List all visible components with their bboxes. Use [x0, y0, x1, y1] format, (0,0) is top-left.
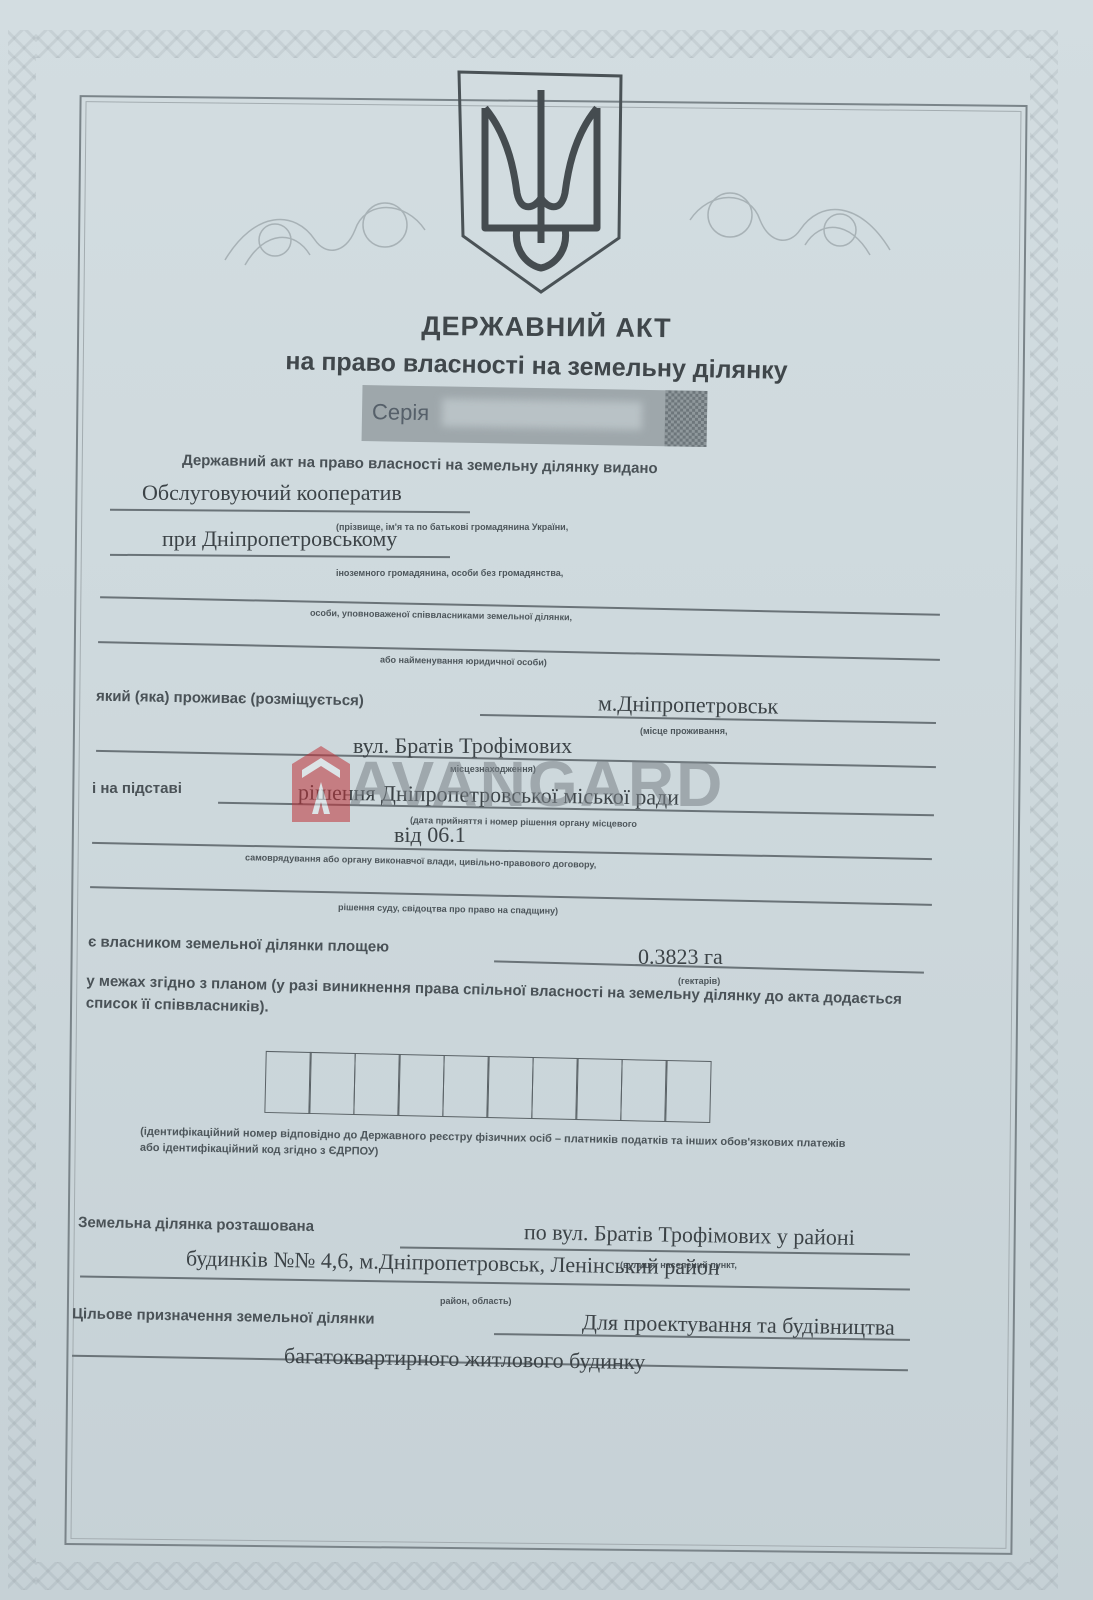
owner-line-1: Обслуговуючий кооператив	[142, 480, 402, 506]
residence-hint-2: місцезнаходження)	[450, 764, 536, 774]
id-digit-box	[264, 1051, 311, 1114]
purpose-line-1: Для проектування та будівництва	[582, 1309, 895, 1340]
tryzub-coat-of-arms-icon	[455, 68, 625, 296]
id-digit-box	[397, 1054, 444, 1117]
basis-label: і на підставі	[92, 780, 182, 797]
id-digit-box	[353, 1053, 400, 1116]
basis-date: від 06.1	[394, 822, 466, 848]
area-value: 0.3823 га	[638, 944, 723, 970]
residence-street: вул. Братів Трофімових	[353, 733, 572, 759]
residence-city: м.Дніпропетровськ	[598, 690, 779, 719]
id-digit-box	[575, 1058, 622, 1121]
owner-line-2: при Дніпропетровському	[162, 526, 397, 552]
id-digit-box	[664, 1060, 711, 1123]
series-label: Серія	[372, 399, 430, 426]
series-field: Серія	[362, 385, 708, 447]
id-digit-box	[486, 1056, 533, 1119]
ornament-left-icon	[215, 170, 435, 280]
basis-value: рішення Дніпропетровської міської ради	[298, 779, 679, 810]
id-digit-box	[442, 1055, 489, 1118]
residence-hint: (місце проживання,	[640, 726, 727, 736]
id-digit-box	[308, 1052, 355, 1115]
location-hint-2: район, область)	[440, 1296, 511, 1306]
series-redacted	[442, 398, 642, 429]
document-page: ДЕРЖАВНИЙ АКТ на право власності на земе…	[0, 0, 1093, 1600]
owner-hint-2: іноземного громадянина, особи без громад…	[336, 568, 563, 578]
ornament-right-icon	[680, 160, 900, 270]
id-digit-box	[531, 1057, 578, 1120]
qr-code-icon	[664, 390, 707, 447]
identification-number-boxes	[265, 1051, 711, 1123]
id-digit-box	[620, 1059, 667, 1122]
